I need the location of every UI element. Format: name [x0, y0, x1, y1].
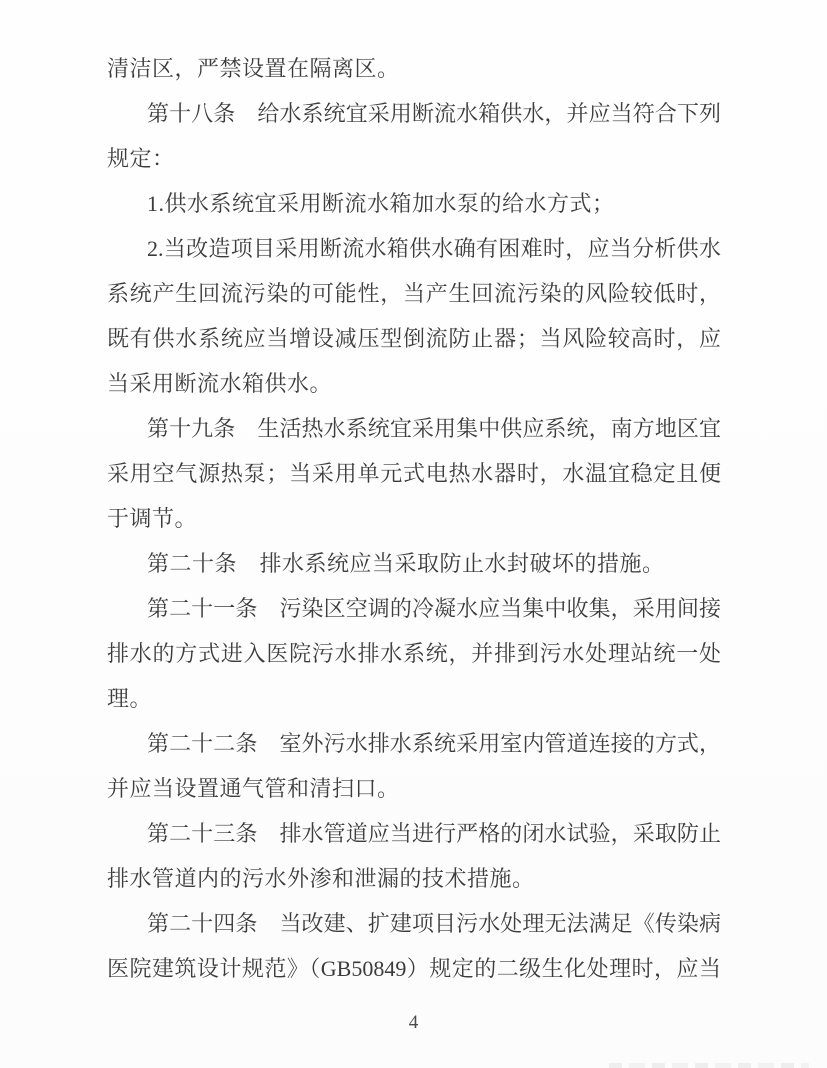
text-line-8: 当采用断流水箱供水。 [107, 361, 721, 406]
text-line-1: 清洁区，严禁设置在隔离区。 [107, 46, 721, 91]
text-line-10: 采用空气源热泵；当采用单元式电热水器时，水温宜稳定且便 [107, 451, 721, 496]
text-line-14: 排水的方式进入医院污水排水系统，并排到污水处理站统一处 [107, 631, 721, 676]
scanned-document-page: 清洁区，严禁设置在隔离区。第十八条 给水系统宜采用断流水箱供水，并应当符合下列规… [0, 0, 827, 1068]
text-line-4: 1.供水系统宜采用断流水箱加水泵的给水方式； [107, 181, 721, 226]
text-line-21: 医院建筑设计规范》（GB50849）规定的二级生化处理时，应当 [107, 946, 721, 991]
text-line-20: 第二十四条 当改建、扩建项目污水处理无法满足《传染病 [107, 901, 721, 946]
text-line-9: 第十九条 生活热水系统宜采用集中供应系统，南方地区宜 [107, 406, 721, 451]
page-number: 4 [0, 1012, 827, 1034]
text-line-6: 系统产生回流污染的可能性，当产生回流污染的风险较低时， [107, 271, 721, 316]
text-line-3: 规定： [107, 136, 721, 181]
text-line-7: 既有供水系统应当增设减压型倒流防止器；当风险较高时，应 [107, 316, 721, 361]
text-line-18: 第二十三条 排水管道应当进行严格的闭水试验，采取防止 [107, 811, 721, 856]
document-body: 清洁区，严禁设置在隔离区。第十八条 给水系统宜采用断流水箱供水，并应当符合下列规… [107, 46, 721, 991]
text-line-16: 第二十二条 室外污水排水系统采用室内管道连接的方式， [107, 721, 721, 766]
text-line-17: 并应当设置通气管和清扫口。 [107, 766, 721, 811]
text-line-15: 理。 [107, 676, 721, 721]
text-line-12: 第二十条 排水系统应当采取防止水封破坏的措施。 [107, 541, 721, 586]
cutoff-watermark [609, 1063, 809, 1068]
text-line-13: 第二十一条 污染区空调的冷凝水应当集中收集，采用间接 [107, 586, 721, 631]
text-line-5: 2.当改造项目采用断流水箱供水确有困难时，应当分析供水 [107, 226, 721, 271]
text-line-2: 第十八条 给水系统宜采用断流水箱供水，并应当符合下列 [107, 91, 721, 136]
text-line-11: 于调节。 [107, 496, 721, 541]
text-line-19: 排水管道内的污水外渗和泄漏的技术措施。 [107, 856, 721, 901]
